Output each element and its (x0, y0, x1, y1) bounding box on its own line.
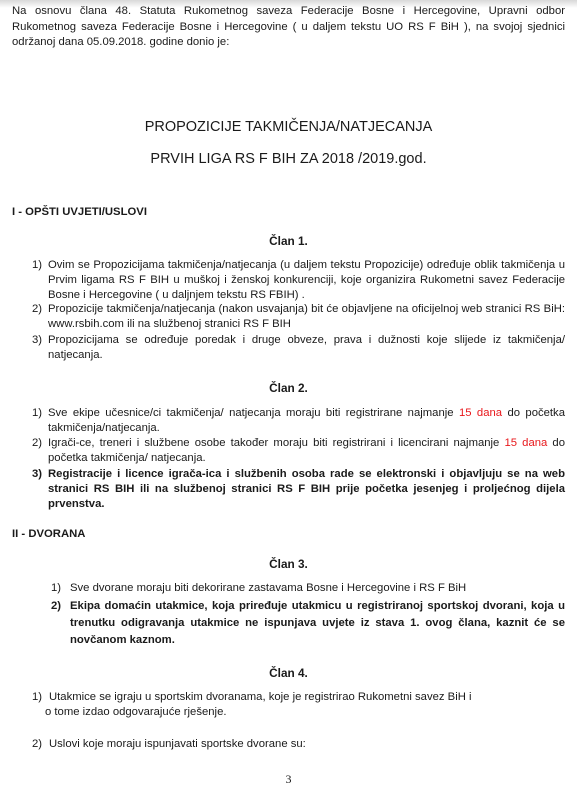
page-number: 3 (0, 772, 577, 787)
item-number: 2) (32, 436, 42, 451)
article-title-1: Član 1. (0, 234, 577, 248)
item-text: Ovim se Propozicijama takmičenja/natjeca… (48, 258, 565, 303)
item-number: 2) (32, 737, 42, 752)
article-2-item-2: 2) Igrači-ce, treneri i službene osobe t… (32, 436, 565, 466)
item-number: 1) (32, 690, 42, 705)
intro-paragraph: Na osnovu člana 48. Statuta Rukometnog s… (12, 4, 565, 51)
article-4-item-2: 2) Uslovi koje moraju ispunjavati sports… (32, 737, 565, 752)
item-text: Sve ekipe učesnice/ci takmičenja/ natjec… (48, 407, 459, 419)
section-heading-hall: II - DVORANA (12, 528, 85, 540)
item-text: Utakmice se igraju u sportskim dvoranama… (49, 690, 565, 705)
article-title-3: Član 3. (0, 557, 577, 571)
article-1-item-3: 3) Propozicijama se određuje poredak i d… (32, 333, 565, 363)
article-1-item-2: 2) Propozicije takmičenja/natjecanja (na… (32, 302, 565, 332)
document-title-line1: PROPOZICIJE TAKMIČENJA/NATJECANJA (0, 119, 577, 135)
article-4-item-1: 1) Utakmice se igraju u sportskim dvoran… (32, 690, 565, 720)
item-text: Sve dvorane moraju biti dekorirane zasta… (70, 581, 565, 596)
item-number: 1) (32, 406, 42, 421)
item-text-cont: o tome izdao odgovarajuće rješenje. (45, 705, 565, 720)
item-text: Igrači-ce, treneri i službene osobe tako… (48, 437, 504, 449)
section-heading-general: I - OPŠTI UVJETI/USLOVI (12, 206, 147, 218)
article-2-item-3: 3) Registracije i licence igrača-ica i s… (32, 467, 565, 512)
item-number: 1) (51, 581, 61, 596)
item-number: 3) (32, 467, 42, 482)
item-number: 2) (32, 302, 42, 317)
article-title-2: Član 2. (0, 381, 577, 395)
article-2-item-1: 1) Sve ekipe učesnice/ci takmičenja/ nat… (32, 406, 565, 436)
article-3-item-2: 2) Ekipa domaćin utakmice, koja priređuj… (51, 598, 565, 649)
item-text: Ekipa domaćin utakmice, koja priređuje u… (70, 598, 565, 649)
article-3-item-1: 1) Sve dvorane moraju biti dekorirane za… (51, 581, 565, 596)
item-text: Propozicije takmičenja/natjecanja (nakon… (48, 302, 565, 332)
item-text: Registracije i licence igrača-ica i služ… (48, 467, 565, 512)
item-number: 3) (32, 333, 42, 348)
item-text: Uslovi koje moraju ispunjavati sportske … (49, 737, 565, 752)
article-1-item-1: 1) Ovim se Propozicijama takmičenja/natj… (32, 258, 565, 303)
item-number: 2) (51, 598, 61, 615)
deadline-highlight: 15 dana (459, 407, 502, 419)
deadline-highlight: 15 dana (504, 437, 547, 449)
document-title-line2: PRVIH LIGA RS F BIH ZA 2018 /2019.god. (0, 151, 577, 167)
article-title-4: Član 4. (0, 666, 577, 680)
item-text: Propozicijama se određuje poredak i drug… (48, 333, 565, 363)
item-number: 1) (32, 258, 42, 273)
